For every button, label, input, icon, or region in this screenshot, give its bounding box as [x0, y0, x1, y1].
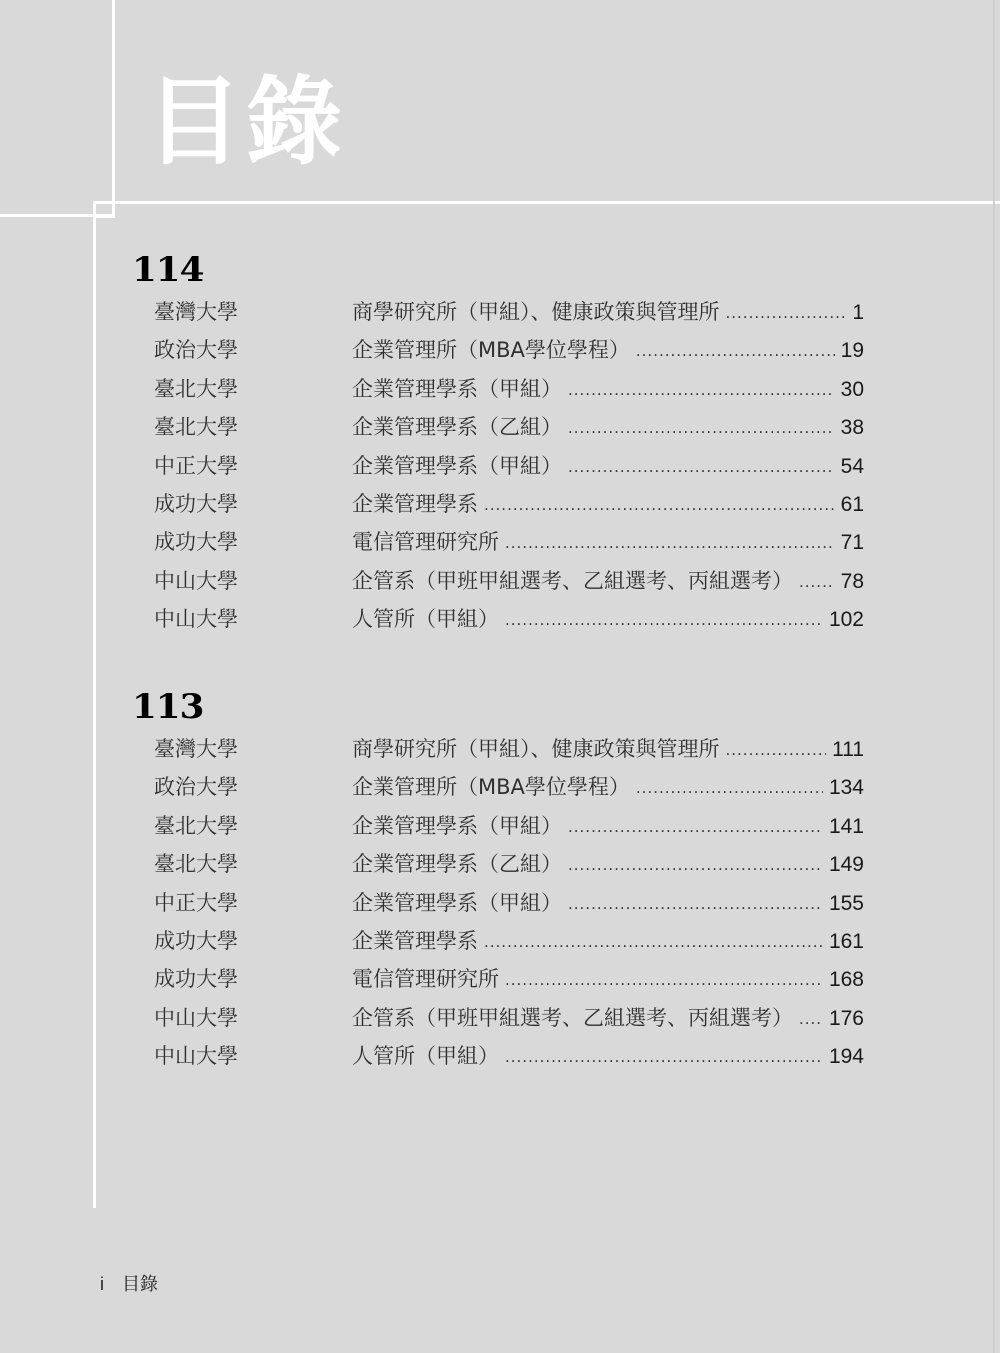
toc-entry[interactable]: 中正大學 企業管理學系（甲組）54 [0, 447, 1000, 485]
toc-entry[interactable]: 中山大學 人管所（甲組）102 [0, 600, 1000, 638]
toc-entry[interactable]: 政治大學 企業管理所（MBA學位學程）19 [0, 331, 1000, 369]
school-name: 中山大學 [154, 600, 238, 638]
toc-entry[interactable]: 成功大學 企業管理學系161 [0, 922, 1000, 960]
department-name: 商學研究所（甲組）、健康政策與管理所 [352, 293, 720, 331]
dot-leader [484, 486, 835, 524]
page-number: 61 [841, 486, 864, 524]
section-year-heading: 114 [132, 250, 203, 290]
dot-leader [568, 808, 823, 846]
school-name: 成功大學 [154, 922, 238, 960]
frame-corner-square [93, 201, 115, 218]
school-name: 臺北大學 [154, 408, 238, 446]
department-name: 企業管理學系（乙組） [352, 845, 562, 883]
toc-entry-list: 臺灣大學 商學研究所（甲組）、健康政策與管理所1 政治大學 企業管理所（MBA學… [0, 293, 1000, 639]
toc-entry[interactable]: 成功大學 企業管理學系61 [0, 485, 1000, 523]
dot-leader [799, 1000, 823, 1038]
toc-entry-list: 臺灣大學 商學研究所（甲組）、健康政策與管理所111 政治大學 企業管理所（MB… [0, 730, 1000, 1076]
page-footer: i目錄 [100, 1270, 158, 1299]
section-year-heading: 113 [132, 687, 203, 727]
school-name: 中山大學 [154, 1037, 238, 1075]
department-name: 企業管理學系（乙組） [352, 408, 562, 446]
page-title: 目錄 [146, 62, 346, 182]
dot-leader [726, 294, 847, 332]
dot-leader [636, 332, 835, 370]
department-name: 企業管理學系（甲組） [352, 884, 562, 922]
school-name: 中山大學 [154, 562, 238, 600]
toc-entry[interactable]: 中山大學 企管系（甲班甲組選考、乙組選考、丙組選考）78 [0, 562, 1000, 600]
dot-leader [484, 923, 823, 961]
page-number: 102 [829, 601, 864, 639]
page-number: 38 [841, 409, 864, 447]
page-number: 1 [852, 294, 864, 332]
department-name: 商學研究所（甲組）、健康政策與管理所 [352, 730, 720, 768]
dot-leader [568, 409, 835, 447]
school-name: 政治大學 [154, 768, 238, 806]
toc-entry[interactable]: 臺北大學 企業管理學系（乙組）38 [0, 408, 1000, 446]
page-number: 134 [829, 769, 864, 807]
dot-leader [505, 961, 823, 999]
page-number: 111 [832, 731, 864, 769]
toc-entry[interactable]: 中山大學 企管系（甲班甲組選考、乙組選考、丙組選考）176 [0, 999, 1000, 1037]
dot-leader [568, 885, 823, 923]
department-name: 人管所（甲組） [352, 600, 499, 638]
page-number: 155 [829, 885, 864, 923]
page-number: 149 [829, 846, 864, 884]
page-number: 141 [829, 808, 864, 846]
department-name: 企管系（甲班甲組選考、乙組選考、丙組選考） [352, 562, 793, 600]
department-name: 企業管理學系（甲組） [352, 370, 562, 408]
school-name: 成功大學 [154, 523, 238, 561]
school-name: 中正大學 [154, 884, 238, 922]
page-number: 168 [829, 961, 864, 999]
header-divider-line [93, 201, 1000, 204]
department-name: 企業管理所（MBA學位學程） [352, 768, 630, 806]
page-number: 78 [841, 563, 864, 601]
toc-entry[interactable]: 中正大學 企業管理學系（甲組）155 [0, 884, 1000, 922]
department-name: 企業管理學系（甲組） [352, 447, 562, 485]
department-name: 企業管理學系（甲組） [352, 807, 562, 845]
page-number: 54 [841, 448, 864, 486]
page-number: 194 [829, 1038, 864, 1076]
school-name: 成功大學 [154, 485, 238, 523]
toc-entry[interactable]: 臺北大學 企業管理學系（甲組）141 [0, 807, 1000, 845]
school-name: 臺灣大學 [154, 293, 238, 331]
school-name: 成功大學 [154, 960, 238, 998]
department-name: 企業管理學系 [352, 922, 478, 960]
department-name: 企管系（甲班甲組選考、乙組選考、丙組選考） [352, 999, 793, 1037]
dot-leader [799, 563, 835, 601]
school-name: 臺北大學 [154, 845, 238, 883]
department-name: 電信管理研究所 [352, 523, 499, 561]
dot-leader [568, 448, 835, 486]
folio-page-number: i [100, 1270, 122, 1298]
dot-leader [505, 1038, 823, 1076]
toc-entry[interactable]: 臺灣大學 商學研究所（甲組）、健康政策與管理所1 [0, 293, 1000, 331]
toc-entry[interactable]: 中山大學 人管所（甲組）194 [0, 1037, 1000, 1075]
school-name: 政治大學 [154, 331, 238, 369]
dot-leader [568, 371, 835, 409]
toc-entry[interactable]: 臺北大學 企業管理學系（乙組）149 [0, 845, 1000, 883]
dot-leader [568, 846, 823, 884]
department-name: 人管所（甲組） [352, 1037, 499, 1075]
page-number: 19 [841, 332, 864, 370]
department-name: 電信管理研究所 [352, 960, 499, 998]
dot-leader [505, 524, 835, 562]
page-number: 30 [841, 371, 864, 409]
dot-leader [636, 769, 823, 807]
department-name: 企業管理學系 [352, 485, 478, 523]
dot-leader [505, 601, 823, 639]
toc-entry[interactable]: 臺北大學 企業管理學系（甲組）30 [0, 370, 1000, 408]
frame-line-vertical-top [112, 0, 115, 217]
school-name: 臺灣大學 [154, 730, 238, 768]
school-name: 臺北大學 [154, 370, 238, 408]
dot-leader [726, 731, 827, 769]
page-edge [993, 0, 995, 1353]
page-number: 176 [829, 1000, 864, 1038]
school-name: 臺北大學 [154, 807, 238, 845]
toc-entry[interactable]: 成功大學 電信管理研究所168 [0, 960, 1000, 998]
toc-entry[interactable]: 臺灣大學 商學研究所（甲組）、健康政策與管理所111 [0, 730, 1000, 768]
running-title: 目錄 [122, 1274, 158, 1295]
page-number: 161 [829, 923, 864, 961]
department-name: 企業管理所（MBA學位學程） [352, 331, 630, 369]
toc-entry[interactable]: 政治大學 企業管理所（MBA學位學程）134 [0, 768, 1000, 806]
page-number: 71 [841, 524, 864, 562]
toc-entry[interactable]: 成功大學 電信管理研究所71 [0, 523, 1000, 561]
school-name: 中山大學 [154, 999, 238, 1037]
school-name: 中正大學 [154, 447, 238, 485]
